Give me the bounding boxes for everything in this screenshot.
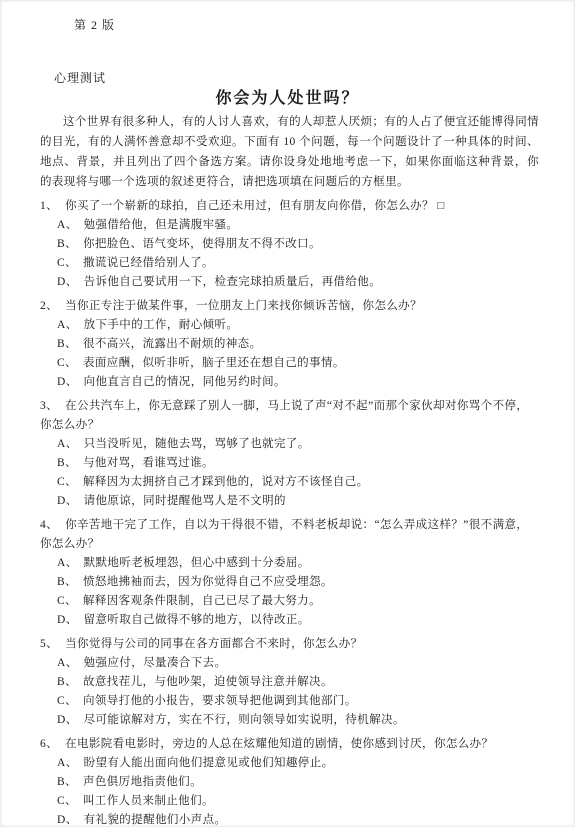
option-label: C、 xyxy=(57,257,77,269)
option-line: C、叫工作人员来制止他们。 xyxy=(40,792,539,811)
option-label: B、 xyxy=(57,676,77,688)
option-label: C、 xyxy=(57,357,77,369)
question-number: 3、 xyxy=(40,400,58,412)
question-text: 在电影院看电影时，旁边的人总在炫耀他知道的剧情，使你感到讨厌，你怎么办？ xyxy=(65,738,493,750)
question-number: 6、 xyxy=(40,738,58,750)
option-label: B、 xyxy=(57,576,77,588)
option-line: A、勉强借给他，但是满腹牢骚。 xyxy=(40,216,539,235)
option-text: 你把脸色、语气变坏，使得朋友不得不改口。 xyxy=(83,238,321,250)
option-text: 尽可能谅解对方，实在不行，则向领导如实说明，待机解决。 xyxy=(84,714,405,726)
option-text: 向他直言自己的情况，同他另约时间。 xyxy=(84,376,286,388)
option-text: 只当没听见，随他去骂，骂够了也就完了。 xyxy=(84,438,310,450)
question-text: 当你正专注于做某件事，一位朋友上门来找你倾诉苦恼，你怎么办？ xyxy=(65,300,422,312)
option-line: A、勉强应付，尽量凑合下去。 xyxy=(40,654,539,673)
option-line: B、声色俱厉地指责他们。 xyxy=(40,773,539,792)
option-label: D、 xyxy=(57,814,78,826)
option-text: 放下手中的工作，耐心倾听。 xyxy=(84,319,239,331)
option-text: 向领导打他的小报告，要求领导把他调到其他部门。 xyxy=(83,695,357,707)
option-label: C、 xyxy=(57,476,77,488)
option-text: 撒谎说已经借给别人了。 xyxy=(83,257,214,269)
option-label: D、 xyxy=(57,276,78,288)
option-label: B、 xyxy=(57,238,77,250)
question-block-2: 2、当你正专注于做某件事，一位朋友上门来找你倾诉苦恼，你怎么办？ A、放下手中的… xyxy=(40,297,539,392)
option-line: D、尽可能谅解对方，实在不行，则向领导如实说明，待机解决。 xyxy=(40,711,539,730)
question-list: 1、你买了一个崭新的球拍，自己还未用过，但有朋友向你借，你怎么办？ □ A、勉强… xyxy=(40,197,539,827)
option-line: D、告诉他自己要试用一下，检查完球拍质量后，再借给他。 xyxy=(40,273,539,292)
option-line: B、故意找茬儿，与他吵架，迫使领导注意并解决。 xyxy=(40,673,539,692)
option-line: A、放下手中的工作，耐心倾听。 xyxy=(40,316,539,335)
option-line: A、只当没听见，随他去骂，骂够了也就完了。 xyxy=(40,435,539,454)
option-label: D、 xyxy=(57,495,78,507)
option-text: 声色俱厉地指责他们。 xyxy=(83,776,202,788)
option-text: 故意找茬儿，与他吵架，迫使领导注意并解决。 xyxy=(83,676,333,688)
option-line: D、请他原谅，同时提醒他骂人是不文明的 xyxy=(40,492,539,511)
question-number: 1、 xyxy=(40,200,58,212)
intro-paragraph: 这个世界有很多种人，有的人讨人喜欢，有的人却惹人厌烦；有的人占了便宜还能博得同情… xyxy=(40,112,539,192)
option-line: D、留意听取自己做得不够的地方，以待改正。 xyxy=(40,611,539,630)
option-line: C、解释因客观条件限制，自己已尽了最大努力。 xyxy=(40,592,539,611)
option-label: D、 xyxy=(57,614,78,626)
question-block-4: 4、你辛苦地干完了工作，自以为干得很不错，不料老板却说：“怎么弄成这样？”很不满… xyxy=(40,516,539,630)
option-label: B、 xyxy=(57,338,77,350)
question-block-3: 3、在公共汽车上，你无意踩了别人一脚，马上说了声“对不起”而那个家伙却对你骂个不… xyxy=(40,397,539,511)
option-text: 有礼貌的提醒他们小声点。 xyxy=(84,814,227,826)
question-text: 当你觉得与公司的同事在各方面都合不来时，你怎么办？ xyxy=(65,638,363,650)
section-label: 心理测试 xyxy=(54,69,106,86)
option-label: C、 xyxy=(57,795,77,807)
option-text: 默默地听老板埋怨，但心中感到十分委屈。 xyxy=(84,557,310,569)
question-number: 4、 xyxy=(40,519,58,531)
option-line: A、默默地听老板埋怨，但心中感到十分委屈。 xyxy=(40,554,539,573)
option-label: A、 xyxy=(57,319,78,331)
page-title: 你会为人处世吗？ xyxy=(0,85,575,108)
question-block-1: 1、你买了一个崭新的球拍，自己还未用过，但有朋友向你借，你怎么办？ □ A、勉强… xyxy=(40,197,539,292)
question-line: 1、你买了一个崭新的球拍，自己还未用过，但有朋友向你借，你怎么办？ □ xyxy=(40,197,539,216)
document-page: 第 2 版 心理测试 你会为人处世吗？ 这个世界有很多种人，有的人讨人喜欢，有的… xyxy=(0,0,575,827)
option-label: D、 xyxy=(57,376,78,388)
option-line: A、盼望有人能出面向他们提意见或他们知趣停止。 xyxy=(40,754,539,773)
question-line: 6、在电影院看电影时，旁边的人总在炫耀他知道的剧情，使你感到讨厌，你怎么办？ xyxy=(40,735,539,754)
option-label: A、 xyxy=(57,657,78,669)
option-label: D、 xyxy=(57,714,78,726)
option-text: 愤怒地拂袖而去，因为你觉得自己不应受埋怨。 xyxy=(83,576,333,588)
option-line: C、解释因为太拥挤自己才踩到他的，说对方不该怪自己。 xyxy=(40,473,539,492)
option-label: B、 xyxy=(57,457,77,469)
option-text: 很不高兴，流露出不耐烦的神态。 xyxy=(83,338,262,350)
option-text: 请他原谅，同时提醒他骂人是不文明的 xyxy=(84,495,286,507)
option-line: D、向他直言自己的情况，同他另约时间。 xyxy=(40,373,539,392)
option-line: B、愤怒地拂袖而去，因为你觉得自己不应受埋怨。 xyxy=(40,573,539,592)
option-line: C、表面应酬，似听非听，脑子里还在想自己的事情。 xyxy=(40,354,539,373)
option-line: C、撒谎说已经借给别人了。 xyxy=(40,254,539,273)
question-text: 在公共汽车上，你无意踩了别人一脚，马上说了声“对不起”而那个家伙却对你骂个不停，… xyxy=(40,400,528,431)
option-text: 解释因客观条件限制，自己已尽了最大努力。 xyxy=(83,595,321,607)
option-label: C、 xyxy=(57,595,77,607)
option-label: A、 xyxy=(57,757,78,769)
option-label: A、 xyxy=(57,219,78,231)
option-label: A、 xyxy=(57,557,78,569)
document-body: 这个世界有很多种人，有的人讨人喜欢，有的人却惹人厌烦；有的人占了便宜还能博得同情… xyxy=(40,112,539,827)
option-text: 解释因为太拥挤自己才踩到他的，说对方不该怪自己。 xyxy=(83,476,369,488)
question-block-6: 6、在电影院看电影时，旁边的人总在炫耀他知道的剧情，使你感到讨厌，你怎么办？ A… xyxy=(40,735,539,827)
option-line: B、你把脸色、语气变坏，使得朋友不得不改口。 xyxy=(40,235,539,254)
option-line: B、与他对骂，看谁骂过谁。 xyxy=(40,454,539,473)
question-line: 3、在公共汽车上，你无意踩了别人一脚，马上说了声“对不起”而那个家伙却对你骂个不… xyxy=(40,397,539,435)
option-label: B、 xyxy=(57,776,77,788)
option-label: C、 xyxy=(57,695,77,707)
option-text: 与他对骂，看谁骂过谁。 xyxy=(83,457,214,469)
option-label: A、 xyxy=(57,438,78,450)
question-text: 你买了一个崭新的球拍，自己还未用过，但有朋友向你借，你怎么办？ □ xyxy=(65,200,445,212)
option-text: 盼望有人能出面向他们提意见或他们知趣停止。 xyxy=(84,757,334,769)
option-text: 留意听取自己做得不够的地方，以待改正。 xyxy=(84,614,310,626)
question-number: 5、 xyxy=(40,638,58,650)
option-text: 勉强应付，尽量凑合下去。 xyxy=(84,657,227,669)
option-text: 叫工作人员来制止他们。 xyxy=(83,795,214,807)
option-text: 勉强借给他，但是满腹牢骚。 xyxy=(84,219,239,231)
option-text: 告诉他自己要试用一下，检查完球拍质量后，再借给他。 xyxy=(84,276,382,288)
option-line: C、向领导打他的小报告，要求领导把他调到其他部门。 xyxy=(40,692,539,711)
question-line: 4、你辛苦地干完了工作，自以为干得很不错，不料老板却说：“怎么弄成这样？”很不满… xyxy=(40,516,539,554)
edition-label: 第 2 版 xyxy=(74,16,115,33)
option-line: D、有礼貌的提醒他们小声点。 xyxy=(40,811,539,827)
question-block-5: 5、当你觉得与公司的同事在各方面都合不来时，你怎么办？ A、勉强应付，尽量凑合下… xyxy=(40,635,539,730)
question-line: 2、当你正专注于做某件事，一位朋友上门来找你倾诉苦恼，你怎么办？ xyxy=(40,297,539,316)
question-number: 2、 xyxy=(40,300,58,312)
question-text: 你辛苦地干完了工作，自以为干得很不错，不料老板却说：“怎么弄成这样？”很不满意，… xyxy=(40,519,528,550)
question-line: 5、当你觉得与公司的同事在各方面都合不来时，你怎么办？ xyxy=(40,635,539,654)
option-text: 表面应酬，似听非听，脑子里还在想自己的事情。 xyxy=(83,357,345,369)
option-line: B、很不高兴，流露出不耐烦的神态。 xyxy=(40,335,539,354)
